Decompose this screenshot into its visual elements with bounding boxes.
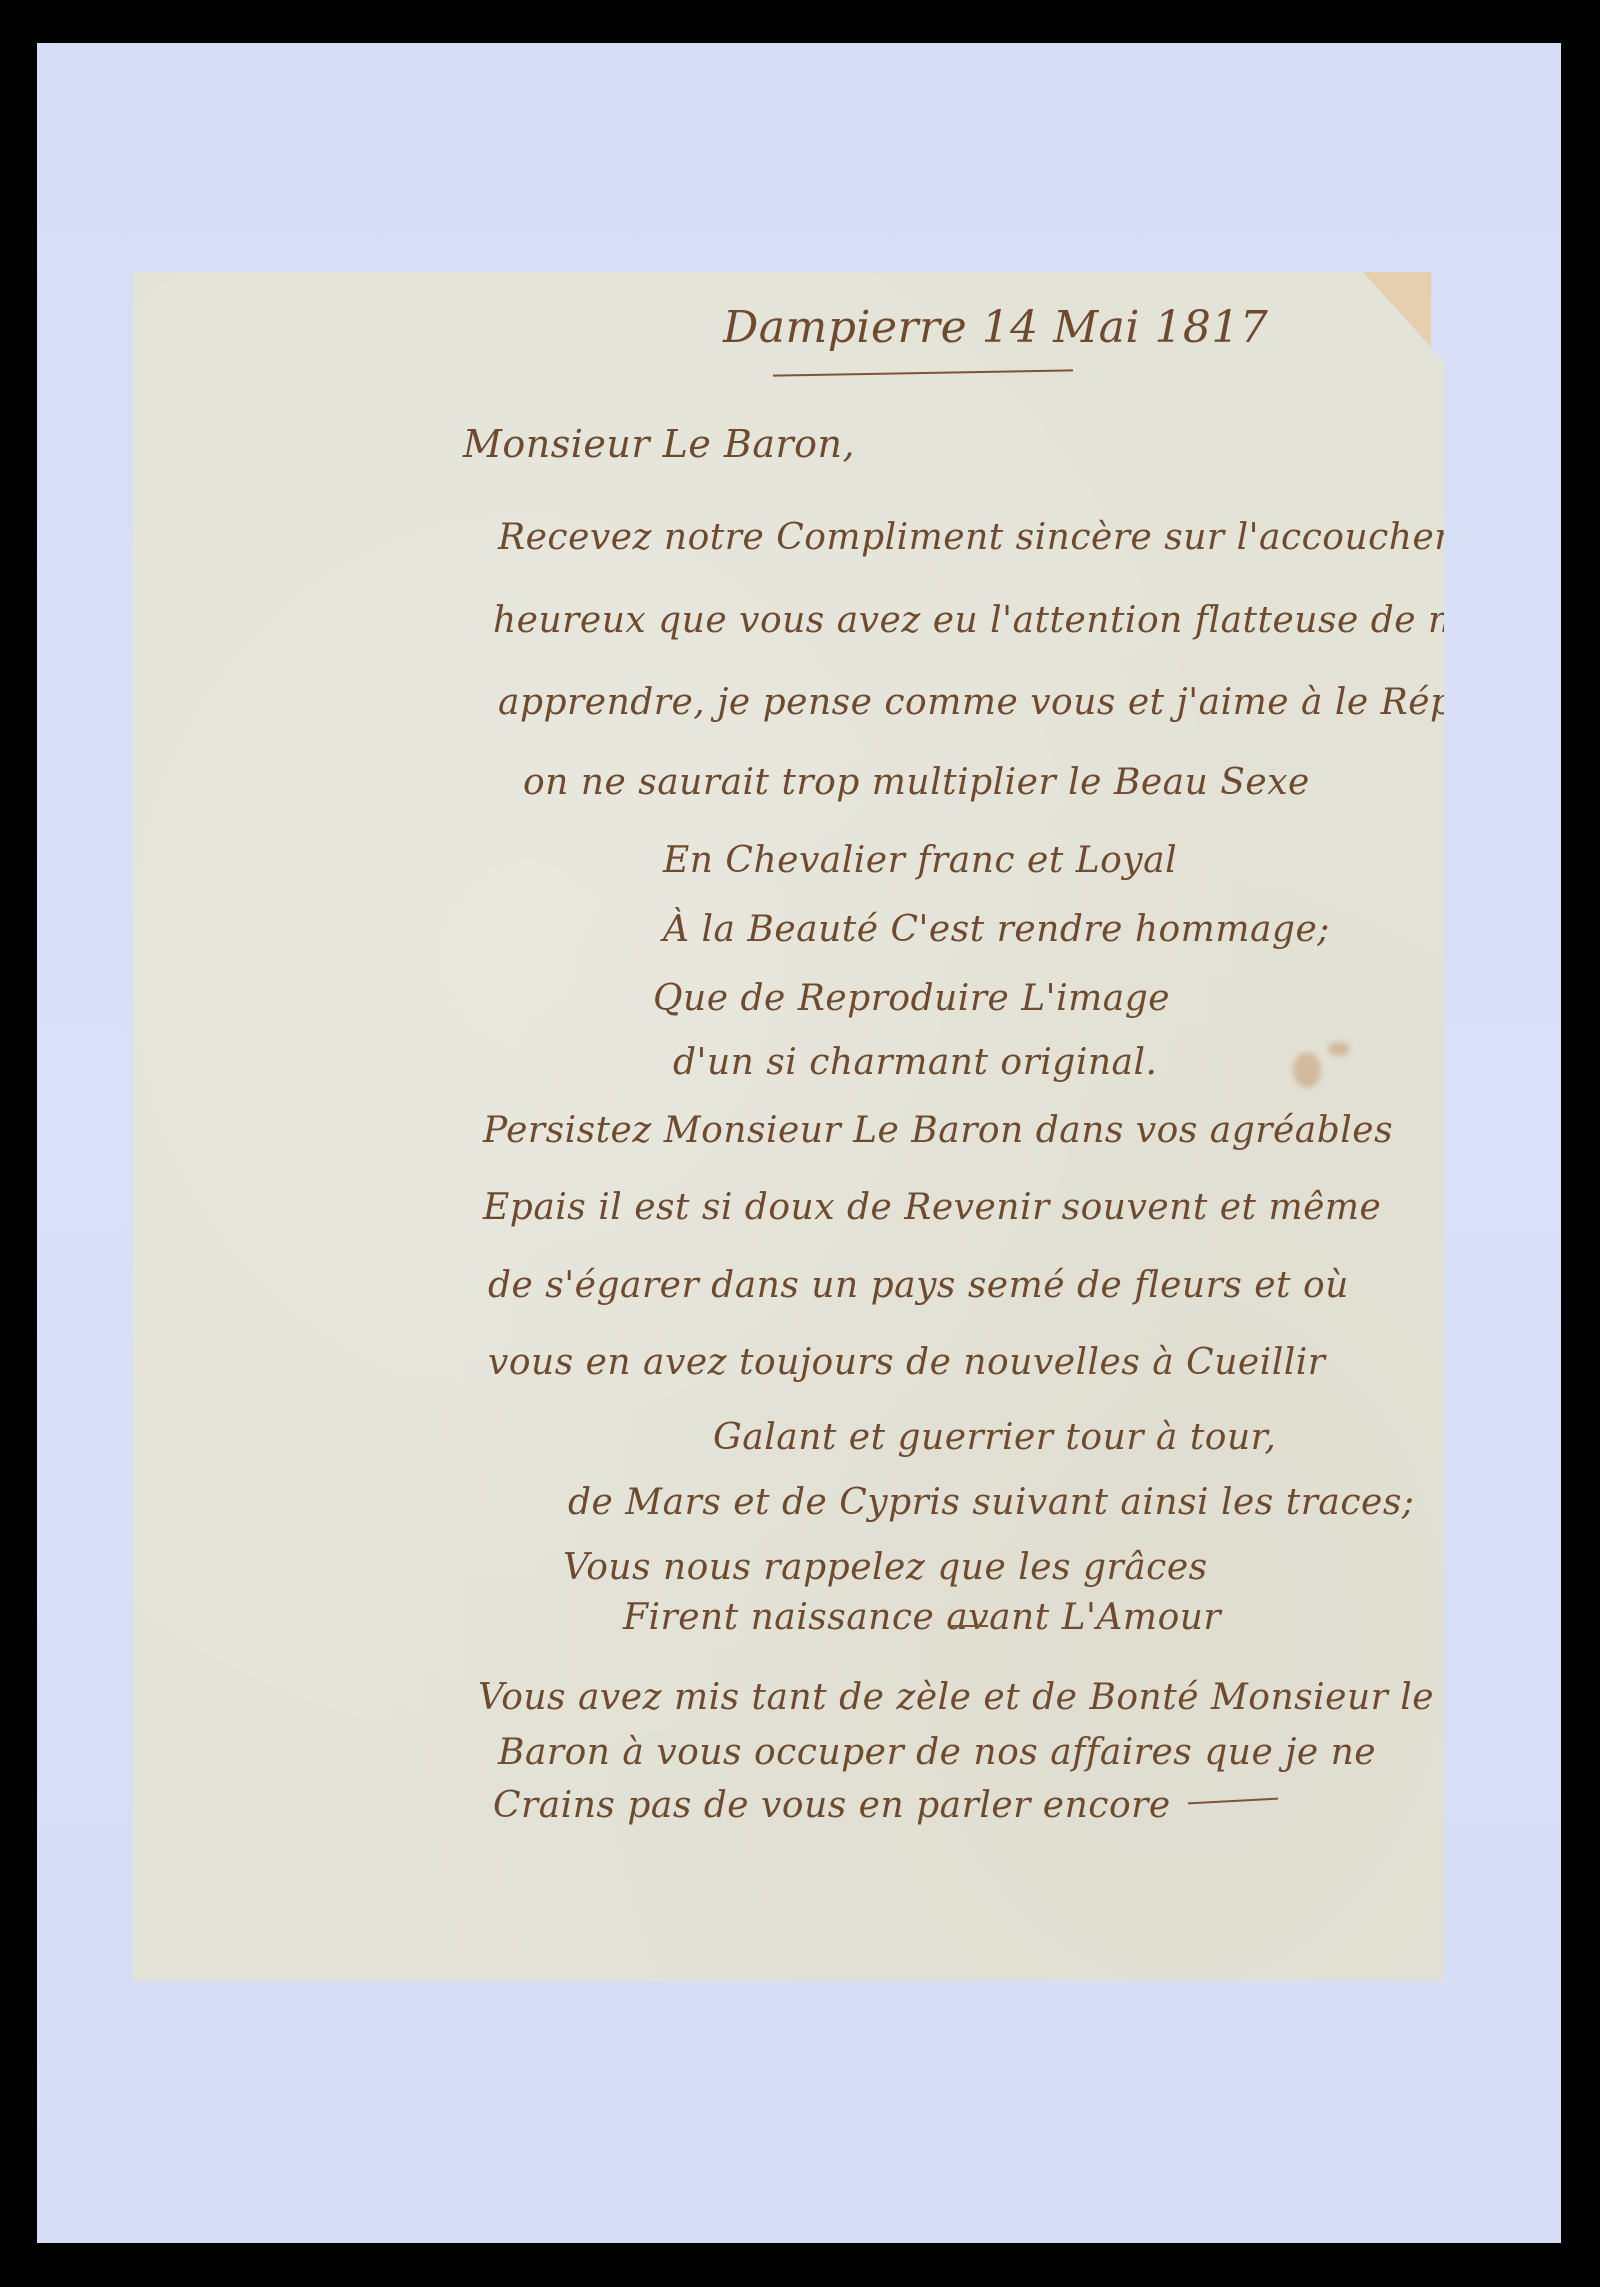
letter-content: Dampierre 14 Mai 1817 Monsieur Le Baron,… (133, 272, 1444, 1981)
verse-line: Que de Reproduire L'image (653, 978, 1170, 1019)
verse-line: En Chevalier franc et Loyal (663, 840, 1177, 881)
verse-line: d'un si charmant original. (673, 1042, 1157, 1083)
letter-sheet: Dampierre 14 Mai 1817 Monsieur Le Baron,… (133, 272, 1444, 1981)
body-line: Epais il est si doux de Revenir souvent … (483, 1187, 1381, 1228)
verse-line: de Mars et de Cypris suivant ainsi les t… (568, 1482, 1414, 1523)
body-line: vous en avez toujours de nouvelles à Cue… (488, 1342, 1325, 1383)
verse-line: À la Beauté C'est rendre hommage; (663, 909, 1330, 950)
verse-line: Galant et guerrier tour à tour, (713, 1417, 1276, 1458)
body-line: heureux que vous avez eu l'attention fla… (493, 600, 1517, 641)
body-line: on ne saurait trop multiplier le Beau Se… (523, 762, 1310, 803)
verse-line: Firent naissance avant L'Amour (623, 1597, 1221, 1638)
body-line: apprendre, je pense comme vous et j'aime… (498, 682, 1530, 723)
closing-flourish (1188, 1798, 1278, 1805)
body-line: de s'égarer dans un pays semé de fleurs … (488, 1265, 1349, 1306)
closing-line: Vous avez mis tant de zèle et de Bonté M… (478, 1677, 1434, 1718)
verse-line: Vous nous rappelez que les grâces (563, 1547, 1208, 1588)
dateline-underline (773, 369, 1073, 376)
body-line: Persistez Monsieur Le Baron dans vos agr… (483, 1110, 1393, 1151)
closing-line: Baron à vous occuper de nos affaires que… (498, 1732, 1376, 1773)
dateline: Dampierre 14 Mai 1817 (723, 302, 1268, 353)
separator-dash (948, 1625, 988, 1627)
salutation: Monsieur Le Baron, (463, 422, 855, 466)
closing-line: Crains pas de vous en parler encore (493, 1785, 1171, 1826)
body-line: Recevez notre Compliment sincère sur l'a… (498, 517, 1529, 558)
